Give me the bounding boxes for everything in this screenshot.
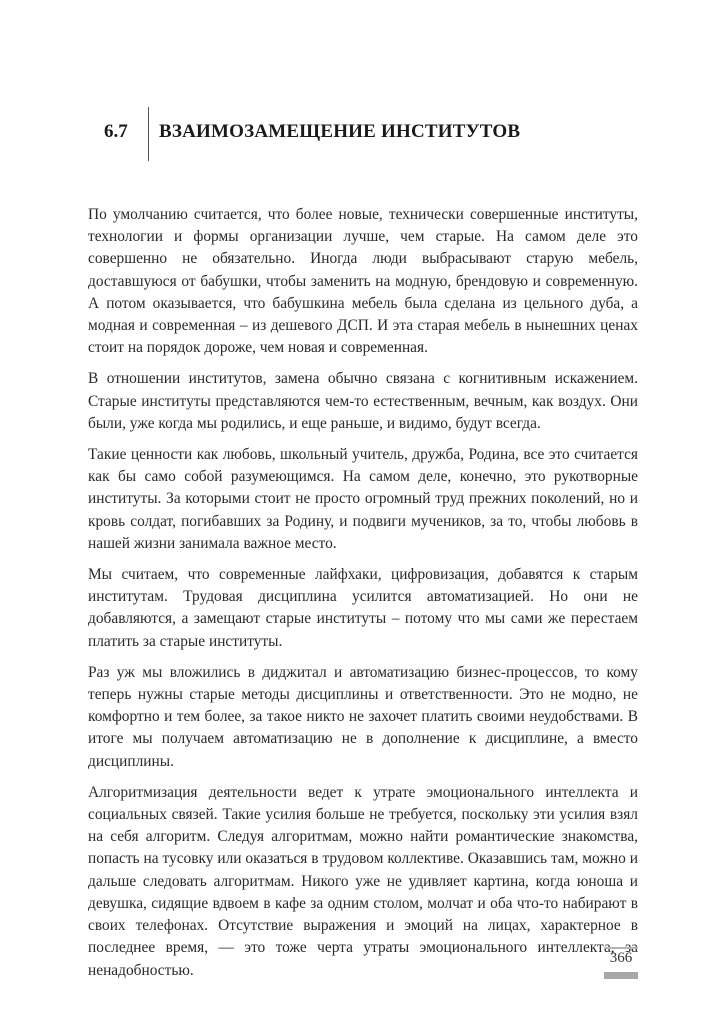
- document-page: 6.7 ВЗАИМОЗАМЕЩЕНИЕ ИНСТИТУТОВ По умолча…: [0, 0, 725, 1024]
- page-number: 366: [604, 950, 638, 967]
- paragraph: Такие ценности как любовь, школьный учит…: [88, 444, 638, 555]
- footer-bar: [604, 972, 638, 979]
- paragraph: Алгоритмизация деятельности ведет к утра…: [88, 782, 638, 982]
- heading-divider: [148, 107, 149, 161]
- paragraph: Раз уж мы вложились в диджитал и автомат…: [88, 662, 638, 773]
- body-text: По умолчанию считается, что более новые,…: [88, 204, 638, 991]
- paragraph: Мы считаем, что современные лайфхаки, ци…: [88, 564, 638, 653]
- paragraph: По умолчанию считается, что более новые,…: [88, 204, 638, 359]
- section-number: 6.7: [104, 121, 128, 143]
- section-title: ВЗАИМОЗАМЕЩЕНИЕ ИНСТИТУТОВ: [159, 121, 520, 143]
- paragraph: В отношении институтов, замена обычно св…: [88, 368, 638, 435]
- footer-rule: [604, 947, 638, 949]
